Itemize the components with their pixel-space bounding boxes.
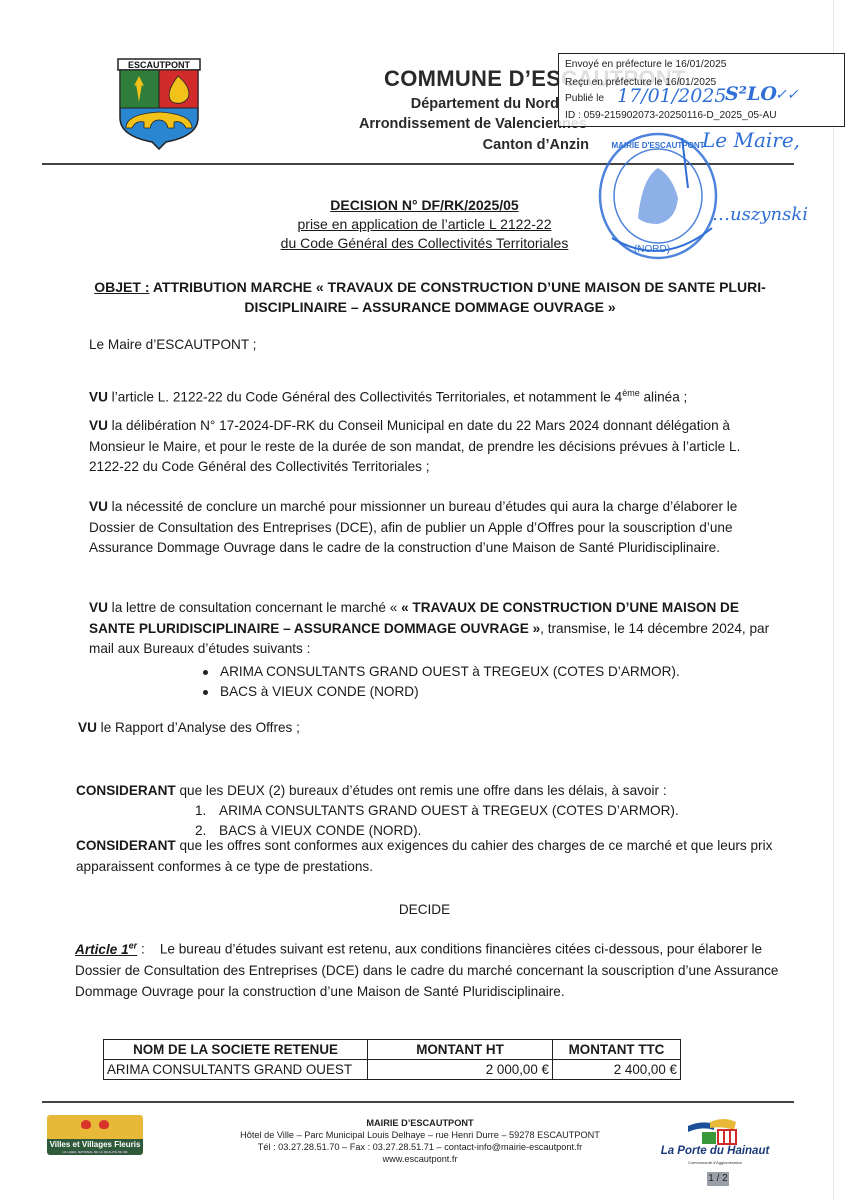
- list-item: ARIMA CONSULTANTS GRAND OUEST à TREGEUX …: [200, 662, 680, 682]
- vu-label: VU: [89, 390, 108, 405]
- svg-text:MAIRIE D'ESCAUTPONT: MAIRIE D'ESCAUTPONT: [611, 141, 704, 150]
- list-item: 1.ARIMA CONSULTANTS GRAND OUEST à TREGEU…: [195, 801, 679, 821]
- signature-title: Le Maire,: [702, 128, 800, 152]
- decision-title: DECISION N° DF/RK/2025/05: [0, 197, 849, 213]
- porte-du-hainaut-sub: Communauté d'Agglomération: [660, 1160, 770, 1165]
- flowers-icon: [47, 1115, 143, 1139]
- article-1: Article 1er : Le bureau d’études suivant…: [75, 935, 790, 1002]
- decision-subtitle-2: du Code Général des Collectivités Territ…: [0, 235, 849, 251]
- cell-ht: 2 000,00 €: [368, 1060, 553, 1080]
- vu-label: VU: [89, 600, 108, 615]
- vvf-label: Villes et Villages Fleuris: [47, 1139, 143, 1150]
- footer-contact: Tél : 03.27.28.51.70 – Fax : 03.27.28.51…: [190, 1142, 650, 1154]
- maire-line: Le Maire d’ESCAUTPONT ;: [89, 335, 769, 356]
- list-item-text: ARIMA CONSULTANTS GRAND OUEST à TREGEUX …: [219, 803, 679, 818]
- list-item-text: ARIMA CONSULTANTS GRAND OUEST à TREGEUX …: [220, 662, 680, 682]
- vu-rapport: VU le Rapport d’Analyse des Offres ;: [78, 718, 758, 739]
- considerant-offres: CONSIDERANT que les DEUX (2) bureaux d’é…: [76, 781, 796, 802]
- decision-subtitle-1: prise en application de l’article L 2122…: [0, 216, 849, 232]
- consulted-list: ARIMA CONSULTANTS GRAND OUEST à TREGEUX …: [200, 662, 680, 702]
- bullet-icon: [203, 670, 208, 675]
- stamp-published: Publié le 17/01/2025 S²LO ✓✓: [565, 93, 604, 104]
- vu-text: l’article L. 2122-22 du Code Général des…: [108, 390, 622, 405]
- considerant-conformes: CONSIDERANT que les offres sont conforme…: [76, 836, 776, 877]
- stamp-id: ID : 059-215902073-20250116-D_2025_05-AU: [565, 110, 777, 121]
- vu-necessite: VU la nécessité de conclure un marché po…: [89, 497, 769, 559]
- considerant-text: que les offres sont conformes aux exigen…: [76, 838, 772, 874]
- considerant-label: CONSIDERANT: [76, 838, 176, 853]
- cell-ttc: 2 400,00 €: [553, 1060, 681, 1080]
- vu-text: le Rapport d’Analyse des Offres ;: [97, 720, 300, 735]
- escautpont-crest-icon: ESCAUTPONT: [116, 58, 202, 150]
- objet-line-1: ATTRIBUTION MARCHE « TRAVAUX DE CONSTRUC…: [149, 279, 765, 295]
- col-header-ht: MONTANT HT: [368, 1040, 553, 1060]
- vu-text: la délibération N° 17-2024-DF-RK du Cons…: [89, 418, 740, 474]
- list-item: BACS à VIEUX CONDE (NORD): [200, 682, 680, 702]
- vu-article: VU l’article L. 2122-22 du Code Général …: [89, 383, 769, 408]
- col-header-ttc: MONTANT TTC: [553, 1040, 681, 1060]
- vu-text: la nécessité de conclure un marché pour …: [89, 499, 737, 555]
- canton: Canton d’Anzin: [483, 137, 589, 153]
- objet: OBJET : ATTRIBUTION MARCHE « TRAVAUX DE …: [70, 277, 790, 317]
- footer-address: Hôtel de Ville – Parc Municipal Louis De…: [190, 1130, 650, 1142]
- footer-mairie: MAIRIE D’ESCAUTPONT: [190, 1118, 650, 1130]
- objet-line-2: DISCIPLINAIRE – ASSURANCE DOMMAGE OUVRAG…: [244, 299, 615, 315]
- objet-label: OBJET :: [94, 279, 149, 295]
- table-header-row: NOM DE LA SOCIETE RETENUE MONTANT HT MON…: [104, 1040, 681, 1060]
- bullet-icon: [203, 690, 208, 695]
- decide-heading: DECIDE: [0, 902, 849, 917]
- villes-villages-fleuris-logo: Villes et Villages Fleuris LE LABEL NATI…: [47, 1115, 143, 1155]
- vu-sup: ème: [622, 388, 640, 398]
- article-text: Le bureau d’études suivant est retenu, a…: [75, 942, 778, 999]
- vu-label: VU: [89, 418, 108, 433]
- vu-text: la lettre de consultation concernant le …: [108, 600, 401, 615]
- prefecture-stamp: Envoyé en préfecture le 16/01/2025 Reçu …: [558, 53, 845, 127]
- footer-divider: [42, 1101, 794, 1103]
- footer-website: www.escautpont.fr: [190, 1154, 650, 1166]
- considerant-text: que les DEUX (2) bureaux d’études ont re…: [176, 783, 667, 798]
- vu-label: VU: [78, 720, 97, 735]
- article-colon: :: [137, 942, 145, 957]
- checkmark-scribble-icon: ✓✓: [775, 87, 798, 103]
- departement: Département du Nord: [411, 96, 559, 112]
- vvf-sublabel: LE LABEL NATIONAL DE LA QUALITÉ DE VIE: [47, 1150, 143, 1154]
- arrondissement: Arrondissement de Valenciennes: [359, 116, 587, 132]
- page-number: 1 / 2: [707, 1172, 729, 1186]
- stamp-published-date: 17/01/2025: [617, 85, 727, 107]
- vu-text-end: alinéa ;: [640, 390, 688, 405]
- stamp-published-label: Publié le: [565, 93, 604, 104]
- porte-du-hainaut-logo-icon: [684, 1118, 744, 1146]
- stamp-sent: Envoyé en préfecture le 16/01/2025: [565, 59, 726, 70]
- scan-edge: [833, 0, 834, 1200]
- vu-lettre-consultation: VU la lettre de consultation concernant …: [89, 598, 779, 660]
- vu-deliberation: VU la délibération N° 17-2024-DF-RK du C…: [89, 416, 769, 478]
- awarded-company-table: NOM DE LA SOCIETE RETENUE MONTANT HT MON…: [103, 1039, 681, 1080]
- vu-label: VU: [89, 499, 108, 514]
- cell-company: ARIMA CONSULTANTS GRAND OUEST: [104, 1060, 368, 1080]
- offers-list: 1.ARIMA CONSULTANTS GRAND OUEST à TREGEU…: [195, 801, 679, 841]
- article-label: Article 1er: [75, 942, 137, 957]
- svg-text:ESCAUTPONT: ESCAUTPONT: [128, 60, 191, 70]
- porte-du-hainaut-name: La Porte du Hainaut: [660, 1145, 770, 1157]
- considerant-label: CONSIDERANT: [76, 783, 176, 798]
- col-header-company: NOM DE LA SOCIETE RETENUE: [104, 1040, 368, 1060]
- list-num: 1.: [195, 801, 219, 821]
- s2lo-mark: S²LO: [725, 83, 777, 105]
- list-item-text: BACS à VIEUX CONDE (NORD): [220, 682, 419, 702]
- table-row: ARIMA CONSULTANTS GRAND OUEST 2 000,00 €…: [104, 1060, 681, 1080]
